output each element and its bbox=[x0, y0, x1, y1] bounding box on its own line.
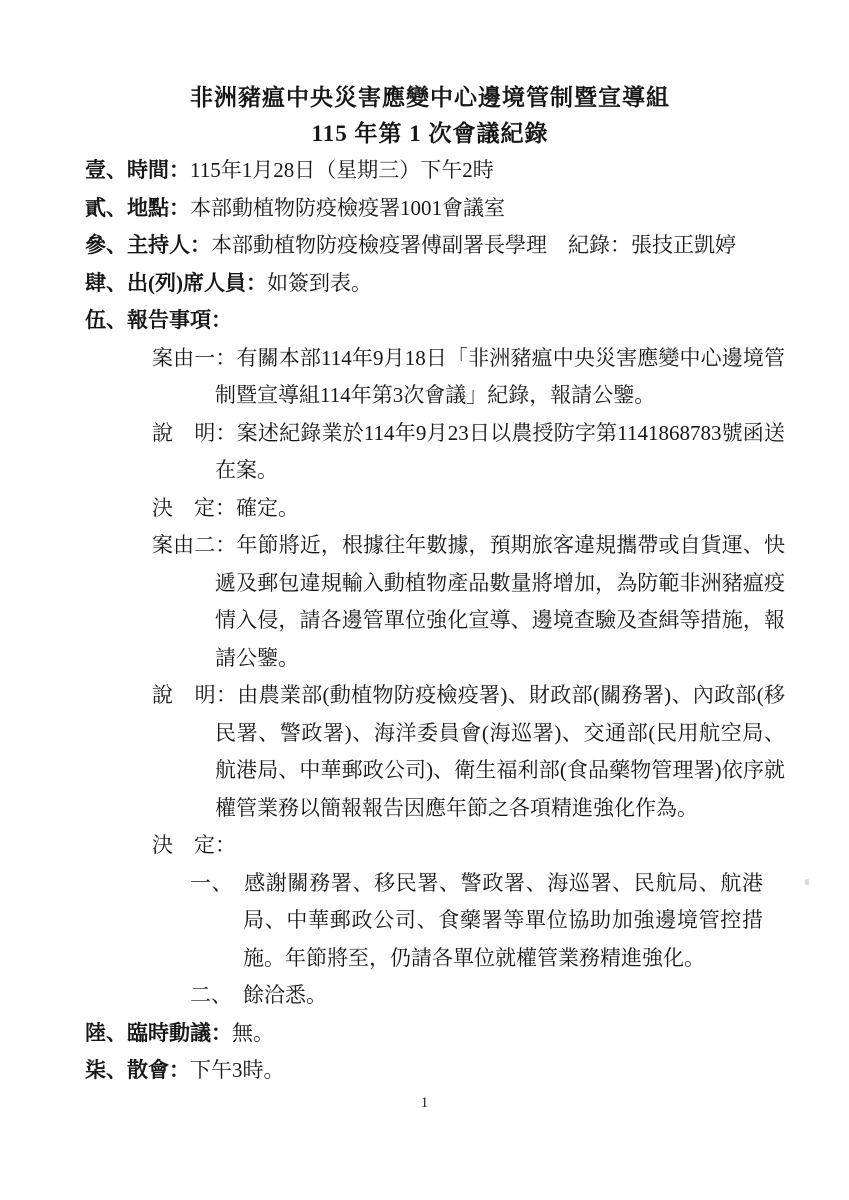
closing-text-motions: 無。 bbox=[232, 1021, 274, 1045]
case-one-decision-text: 確定。 bbox=[236, 496, 299, 520]
meta-text-chair: 本部動植物防疫檢疫署傅副署長學理 紀錄：張技正凱婷 bbox=[211, 233, 736, 257]
decision-item-2-number: 二、 bbox=[190, 983, 243, 1007]
case-two-explanation-label: 說 明： bbox=[152, 683, 237, 707]
meta-row-attendees: 肆、出(列)席人員：如簽到表。 bbox=[85, 265, 785, 303]
case-two-explanation: 說 明：由農業部(動植物防疫檢疫署)、財政部(關務署)、內政部(移民署、警政署)… bbox=[215, 677, 785, 827]
meta-label-report-items: 伍、報告事項： bbox=[85, 308, 232, 332]
meta-label-time: 壹、時間： bbox=[85, 158, 190, 182]
closing-text-adjourn: 下午3時。 bbox=[190, 1058, 285, 1082]
decision-item-2: 二、餘洽悉。 bbox=[243, 977, 763, 1015]
case-two-decision-label: 決 定： bbox=[152, 833, 236, 857]
meta-label-chair: 參、主持人： bbox=[85, 233, 211, 257]
meta-label-location: 貳、地點： bbox=[85, 196, 190, 220]
decision-item-1-text: 感謝關務署、移民署、警政署、海巡署、民航局、航港局、中華郵政公司、食藥署等單位協… bbox=[243, 871, 763, 970]
case-one-explanation-text: 案述紀錄業於114年9月23日以農授防字第1141868783號函送在案。 bbox=[215, 421, 785, 483]
meta-label-attendees: 肆、出(列)席人員： bbox=[85, 271, 267, 295]
case-one-explanation-label: 說 明： bbox=[152, 421, 237, 445]
document-header: 非洲豬瘟中央災害應變中心邊境管制暨宣導組 115 年第 1 次會議紀錄 bbox=[75, 80, 785, 152]
case-one-explanation: 說 明：案述紀錄業於114年9月23日以農授防字第1141868783號函送在案… bbox=[215, 415, 785, 490]
closing-row-motions: 陸、臨時動議：無。 bbox=[85, 1015, 785, 1053]
case-two-paragraph: 案由二：年節將近，根據往年數據，預期旅客違規攜帶或自貨運、快遞及郵包違規輸入動植… bbox=[215, 527, 785, 677]
case-two-text: 年節將近，根據往年數據，預期旅客違規攜帶或自貨運、快遞及郵包違規輸入動植物產品數… bbox=[215, 533, 785, 670]
case-one-text: 有關本部114年9月18日「非洲豬瘟中央災害應變中心邊境管制暨宣導組114年第3… bbox=[215, 346, 785, 408]
meta-text-location: 本部動植物防疫檢疫署1001會議室 bbox=[190, 196, 505, 220]
doc-title: 非洲豬瘟中央災害應變中心邊境管制暨宣導組 bbox=[75, 80, 785, 116]
meta-row-location: 貳、地點：本部動植物防疫檢疫署1001會議室 bbox=[85, 190, 785, 228]
case-two-explanation-text: 由農業部(動植物防疫檢疫署)、財政部(關務署)、內政部(移民署、警政署)、海洋委… bbox=[215, 683, 785, 820]
case-two-label: 案由二： bbox=[152, 533, 236, 557]
case-one-label: 案由一： bbox=[152, 346, 237, 370]
closing-row-adjourn: 柒、散會：下午3時。 bbox=[85, 1052, 785, 1090]
meta-row-chair: 參、主持人：本部動植物防疫檢疫署傅副署長學理 紀錄：張技正凱婷 bbox=[85, 227, 785, 265]
document-page: 非洲豬瘟中央災害應變中心邊境管制暨宣導組 115 年第 1 次會議紀錄 壹、時間… bbox=[85, 80, 785, 1090]
closing-label-adjourn: 柒、散會： bbox=[85, 1058, 190, 1082]
decision-item-1: 一、感謝關務署、移民署、警政署、海巡署、民航局、航港局、中華郵政公司、食藥署等單… bbox=[243, 865, 763, 978]
meta-text-attendees: 如簽到表。 bbox=[267, 271, 372, 295]
closing-label-motions: 陸、臨時動議： bbox=[85, 1021, 232, 1045]
page-number: 1 bbox=[0, 1093, 849, 1113]
doc-subtitle: 115 年第 1 次會議紀錄 bbox=[75, 116, 785, 152]
case-one-decision-label: 決 定： bbox=[152, 496, 236, 520]
case-one-decision: 決 定：確定。 bbox=[215, 490, 785, 528]
meta-text-time: 115年1月28日（星期三）下午2時 bbox=[190, 158, 494, 182]
scan-artifact bbox=[805, 879, 809, 885]
decision-item-2-text: 餘洽悉。 bbox=[243, 983, 327, 1007]
case-one-paragraph: 案由一：有關本部114年9月18日「非洲豬瘟中央災害應變中心邊境管制暨宣導組11… bbox=[215, 340, 785, 415]
decision-item-1-number: 一、 bbox=[190, 871, 244, 895]
meta-row-time: 壹、時間：115年1月28日（星期三）下午2時 bbox=[85, 152, 785, 190]
meta-row-report-items: 伍、報告事項： bbox=[85, 302, 785, 340]
case-two-decision: 決 定： bbox=[215, 827, 785, 865]
